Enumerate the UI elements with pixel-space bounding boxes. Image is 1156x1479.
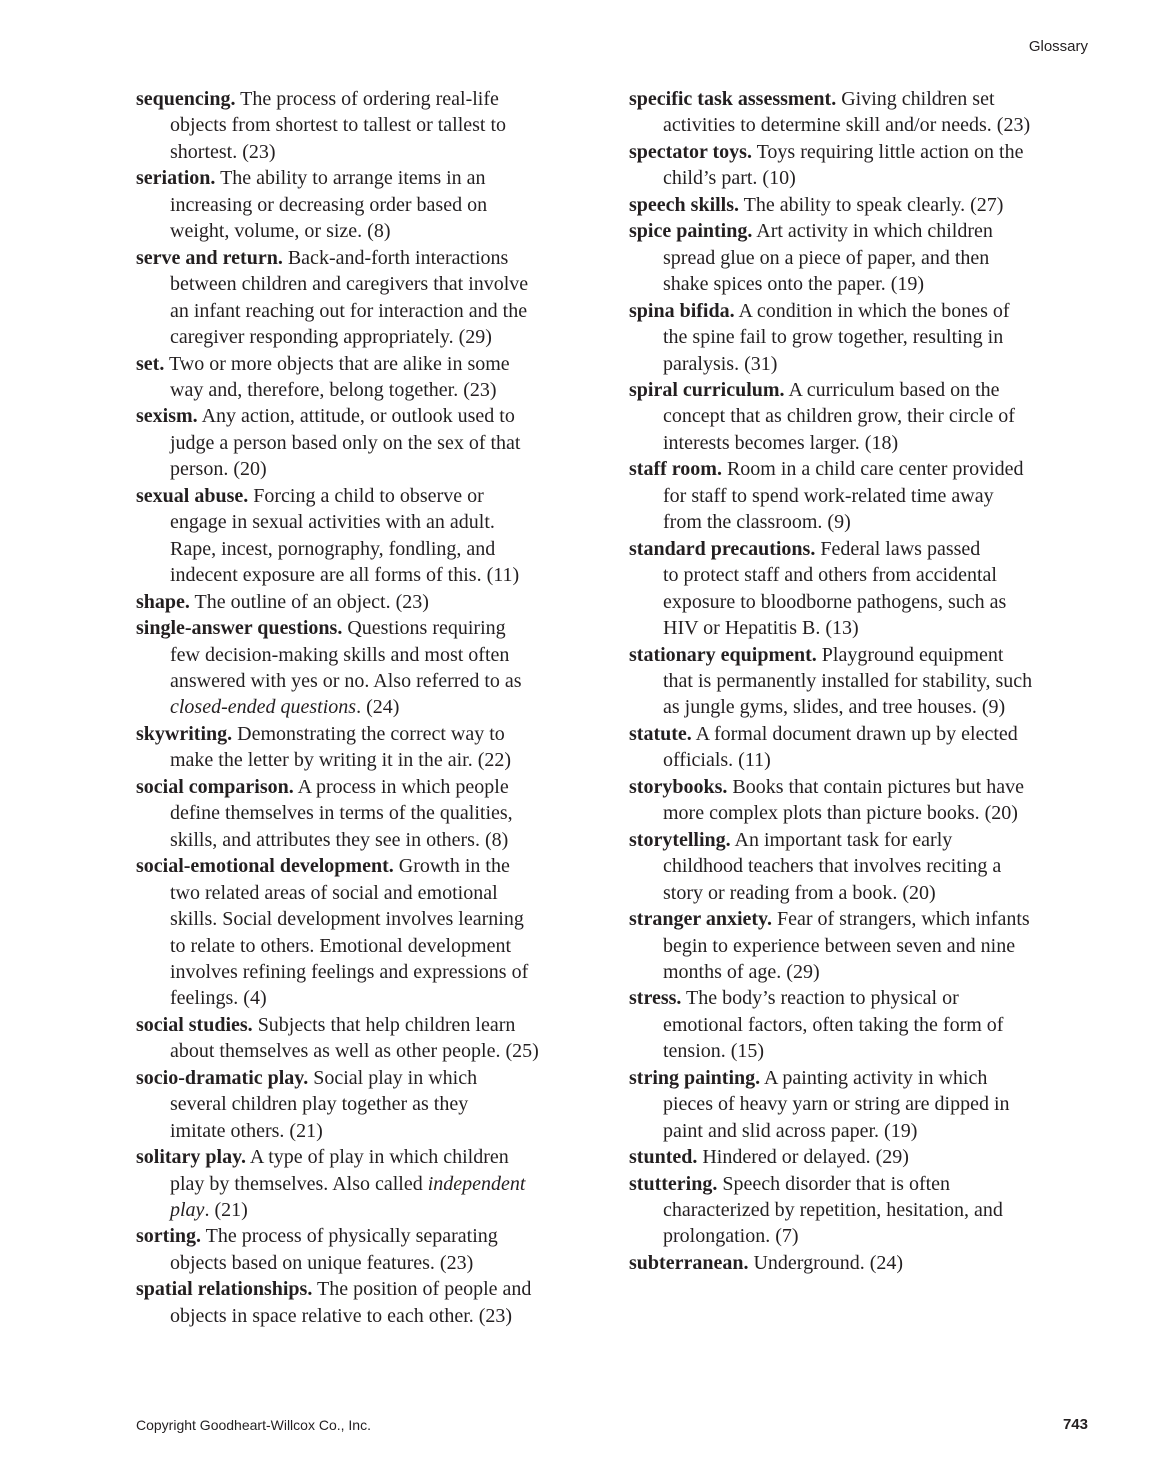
glossary-entry: statute. A formal document drawn up by e… [629,721,1099,774]
entry-line: seriation. The ability to arrange items … [136,165,596,191]
entry-line: few decision-making skills and most ofte… [136,642,596,668]
definition-text: The process of physically separating [201,1225,498,1247]
alternate-term: closed-ended questions [170,696,356,718]
definition-text: Room in a child care center provided [722,458,1024,480]
glossary-term: string painting. [629,1067,760,1089]
glossary-entry: seriation. The ability to arrange items … [136,165,596,244]
entry-line: to relate to others. Emotional developme… [136,933,596,959]
definition-text: . (24) [356,696,399,718]
definition-text: The outline of an object. (23) [190,591,429,613]
entry-line: spice painting. Art activity in which ch… [629,218,1099,244]
glossary-entry: spatial relationships. The position of p… [136,1276,596,1329]
glossary-entry: social comparison. A process in which pe… [136,774,596,853]
entry-line: objects based on unique features. (23) [136,1250,596,1276]
entry-line: paint and slid across paper. (19) [629,1118,1099,1144]
entry-line: sexual abuse. Forcing a child to observe… [136,483,596,509]
entry-line: closed-ended questions. (24) [136,694,596,720]
glossary-term: subterranean. [629,1252,748,1274]
definition-text: Demonstrating the correct way to [232,723,505,745]
definition-text: Social play in which [308,1067,477,1089]
entry-line: statute. A formal document drawn up by e… [629,721,1099,747]
entry-line: officials. (11) [629,747,1099,773]
glossary-entry: specific task assessment. Giving childre… [629,86,1099,139]
definition-text: The position of people and [312,1278,531,1300]
entry-line: define themselves in terms of the qualit… [136,800,596,826]
entry-line: tension. (15) [629,1038,1099,1064]
entry-line: play. (21) [136,1197,596,1223]
glossary-term: single-answer questions. [136,617,342,639]
entry-line: sexism. Any action, attitude, or outlook… [136,403,596,429]
glossary-term: storytelling. [629,829,731,851]
glossary-entry: social-emotional development. Growth in … [136,853,596,1012]
definition-text: A painting activity in which [760,1067,987,1089]
entry-line: Rape, incest, pornography, fondling, and [136,536,596,562]
glossary-entry: subterranean. Underground. (24) [629,1250,1099,1276]
entry-line: storybooks. Books that contain pictures … [629,774,1099,800]
definition-text: The body’s reaction to physical or [681,987,958,1009]
glossary-entry: sexism. Any action, attitude, or outlook… [136,403,596,482]
entry-line: objects from shortest to tallest or tall… [136,112,596,138]
entry-line: shake spices onto the paper. (19) [629,271,1099,297]
glossary-entry: spectator toys. Toys requiring little ac… [629,139,1099,192]
entry-line: prolongation. (7) [629,1223,1099,1249]
entry-line: several children play together as they [136,1091,596,1117]
entry-line: way and, therefore, belong together. (23… [136,377,596,403]
entry-line: serve and return. Back-and-forth interac… [136,245,596,271]
entry-line: feelings. (4) [136,985,596,1011]
entry-line: stress. The body’s reaction to physical … [629,985,1099,1011]
glossary-entry: stranger anxiety. Fear of strangers, whi… [629,906,1099,985]
definition-text: A formal document drawn up by elected [692,723,1018,745]
glossary-entry: stress. The body’s reaction to physical … [629,985,1099,1064]
alternate-term: play [170,1199,204,1221]
glossary-term: statute. [629,723,692,745]
glossary-entry: storytelling. An important task for earl… [629,827,1099,906]
glossary-entry: stationary equipment. Playground equipme… [629,642,1099,721]
glossary-entry: string painting. A painting activity in … [629,1065,1099,1144]
entry-line: about themselves as well as other people… [136,1038,596,1064]
entry-line: HIV or Hepatitis B. (13) [629,615,1099,641]
definition-text: Underground. (24) [748,1252,903,1274]
entry-line: solitary play. A type of play in which c… [136,1144,596,1170]
entry-line: skywriting. Demonstrating the correct wa… [136,721,596,747]
entry-line: skills, and attributes they see in other… [136,827,596,853]
entry-line: engage in sexual activities with an adul… [136,509,596,535]
glossary-entry: shape. The outline of an object. (23) [136,589,596,615]
entry-line: storytelling. An important task for earl… [629,827,1099,853]
glossary-term: spice painting. [629,220,752,242]
entry-line: sequencing. The process of ordering real… [136,86,596,112]
entry-line: that is permanently installed for stabil… [629,668,1099,694]
glossary-term: skywriting. [136,723,232,745]
entry-line: stunted. Hindered or delayed. (29) [629,1144,1099,1170]
definition-text: An important task for early [731,829,953,851]
definition-text: Hindered or delayed. (29) [697,1146,909,1168]
entry-line: spiral curriculum. A curriculum based on… [629,377,1099,403]
entry-line: single-answer questions. Questions requi… [136,615,596,641]
definition-text: A type of play in which children [246,1146,509,1168]
glossary-entry: staff room. Room in a child care center … [629,456,1099,535]
entry-line: the spine fail to grow together, resulti… [629,324,1099,350]
glossary-term: staff room. [629,458,722,480]
entry-line: for staff to spend work-related time awa… [629,483,1099,509]
glossary-entry: skywriting. Demonstrating the correct wa… [136,721,596,774]
definition-text: Growth in the [394,855,510,877]
entry-line: specific task assessment. Giving childre… [629,86,1099,112]
entry-line: pieces of heavy yarn or string are dippe… [629,1091,1099,1117]
glossary-term: seriation. [136,167,215,189]
entry-line: childhood teachers that involves recitin… [629,853,1099,879]
glossary-term: social comparison. [136,776,294,798]
entry-line: paralysis. (31) [629,351,1099,377]
entry-line: exposure to bloodborne pathogens, such a… [629,589,1099,615]
entry-line: interests becomes larger. (18) [629,430,1099,456]
entry-line: shape. The outline of an object. (23) [136,589,596,615]
entry-line: weight, volume, or size. (8) [136,218,596,244]
entry-line: increasing or decreasing order based on [136,192,596,218]
glossary-entry: single-answer questions. Questions requi… [136,615,596,721]
definition-text: Any action, attitude, or outlook used to [198,405,515,427]
glossary-term: spiral curriculum. [629,379,785,401]
entry-line: social studies. Subjects that help child… [136,1012,596,1038]
entry-line: two related areas of social and emotiona… [136,880,596,906]
glossary-term: sexism. [136,405,198,427]
glossary-term: spectator toys. [629,141,752,163]
definition-text: Two or more objects that are alike in so… [164,353,509,375]
glossary-term: solitary play. [136,1146,246,1168]
entry-line: speech skills. The ability to speak clea… [629,192,1099,218]
alternate-term: independent [428,1173,526,1195]
entry-line: child’s part. (10) [629,165,1099,191]
entry-line: social-emotional development. Growth in … [136,853,596,879]
glossary-term: standard precautions. [629,538,815,560]
entry-line: between children and caregivers that inv… [136,271,596,297]
entry-line: sorting. The process of physically separ… [136,1223,596,1249]
entry-line: as jungle gyms, slides, and tree houses.… [629,694,1099,720]
entry-line: stranger anxiety. Fear of strangers, whi… [629,906,1099,932]
entry-line: standard precautions. Federal laws passe… [629,536,1099,562]
copyright-footer: Copyright Goodheart-Willcox Co., Inc. [136,1417,371,1433]
definition-text: Questions requiring [342,617,505,639]
definition-text: Fear of strangers, which infants [772,908,1030,930]
definition-text: Books that contain pictures but have [727,776,1024,798]
entry-line: indecent exposure are all forms of this.… [136,562,596,588]
definition-text: The ability to speak clearly. (27) [739,194,1003,216]
entry-line: person. (20) [136,456,596,482]
glossary-entry: set. Two or more objects that are alike … [136,351,596,404]
entry-line: play by themselves. Also called independ… [136,1171,596,1197]
entry-line: socio-dramatic play. Social play in whic… [136,1065,596,1091]
entry-line: concept that as children grow, their cir… [629,403,1099,429]
glossary-term: social studies. [136,1014,253,1036]
glossary-term: spina bifida. [629,300,735,322]
entry-line: skills. Social development involves lear… [136,906,596,932]
glossary-term: stranger anxiety. [629,908,772,930]
entry-line: imitate others. (21) [136,1118,596,1144]
entry-line: months of age. (29) [629,959,1099,985]
glossary-term: speech skills. [629,194,739,216]
entry-line: spread glue on a piece of paper, and the… [629,245,1099,271]
entry-line: stuttering. Speech disorder that is ofte… [629,1171,1099,1197]
definition-text: Giving children set [836,88,994,110]
glossary-entry: solitary play. A type of play in which c… [136,1144,596,1223]
entry-line: activities to determine skill and/or nee… [629,112,1099,138]
glossary-entry: serve and return. Back-and-forth interac… [136,245,596,351]
glossary-column-left: sequencing. The process of ordering real… [136,86,596,1329]
glossary-term: storybooks. [629,776,727,798]
definition-text: Art activity in which children [752,220,993,242]
glossary-term: sexual abuse. [136,485,248,507]
glossary-term: stunted. [629,1146,697,1168]
glossary-entry: stunted. Hindered or delayed. (29) [629,1144,1099,1170]
glossary-entry: sorting. The process of physically separ… [136,1223,596,1276]
definition-text: A condition in which the bones of [735,300,1010,322]
definition-text: A process in which people [294,776,509,798]
entry-line: from the classroom. (9) [629,509,1099,535]
entry-line: caregiver responding appropriately. (29) [136,324,596,350]
glossary-entry: stuttering. Speech disorder that is ofte… [629,1171,1099,1250]
glossary-term: stress. [629,987,681,1009]
glossary-entry: sequencing. The process of ordering real… [136,86,596,165]
entry-line: objects in space relative to each other.… [136,1303,596,1329]
glossary-term: specific task assessment. [629,88,836,110]
entry-line: more complex plots than picture books. (… [629,800,1099,826]
entry-line: stationary equipment. Playground equipme… [629,642,1099,668]
definition-text: Federal laws passed [815,538,980,560]
definition-text: . (21) [204,1199,247,1221]
glossary-entry: speech skills. The ability to speak clea… [629,192,1099,218]
glossary-term: stationary equipment. [629,644,817,666]
glossary-term: sequencing. [136,88,235,110]
entry-line: make the letter by writing it in the air… [136,747,596,773]
entry-line: spina bifida. A condition in which the b… [629,298,1099,324]
entry-line: spectator toys. Toys requiring little ac… [629,139,1099,165]
entry-line: answered with yes or no. Also referred t… [136,668,596,694]
glossary-column-right: specific task assessment. Giving childre… [629,86,1099,1276]
page-number: 743 [1063,1416,1088,1433]
glossary-term: socio-dramatic play. [136,1067,308,1089]
definition-text: Toys requiring little action on the [752,141,1024,163]
glossary-entry: spiral curriculum. A curriculum based on… [629,377,1099,456]
definition-text: The process of ordering real-life [235,88,498,110]
definition-text: Forcing a child to observe or [248,485,484,507]
glossary-entry: standard precautions. Federal laws passe… [629,536,1099,642]
definition-text: The ability to arrange items in an [215,167,485,189]
glossary-term: sorting. [136,1225,201,1247]
entry-line: shortest. (23) [136,139,596,165]
glossary-term: spatial relationships. [136,1278,312,1300]
glossary-entry: socio-dramatic play. Social play in whic… [136,1065,596,1144]
entry-line: judge a person based only on the sex of … [136,430,596,456]
entry-line: set. Two or more objects that are alike … [136,351,596,377]
entry-line: characterized by repetition, hesitation,… [629,1197,1099,1223]
entry-line: social comparison. A process in which pe… [136,774,596,800]
glossary-term: set. [136,353,164,375]
entry-line: begin to experience between seven and ni… [629,933,1099,959]
definition-text: play by themselves. Also called [170,1173,428,1195]
glossary-entry: sexual abuse. Forcing a child to observe… [136,483,596,589]
glossary-term: social-emotional development. [136,855,394,877]
glossary-term: serve and return. [136,247,283,269]
entry-line: story or reading from a book. (20) [629,880,1099,906]
entry-line: an infant reaching out for interaction a… [136,298,596,324]
definition-text: Speech disorder that is often [717,1173,950,1195]
definition-text: A curriculum based on the [785,379,1000,401]
entry-line: spatial relationships. The position of p… [136,1276,596,1302]
glossary-term: shape. [136,591,190,613]
glossary-entry: social studies. Subjects that help child… [136,1012,596,1065]
entry-line: staff room. Room in a child care center … [629,456,1099,482]
glossary-entry: spice painting. Art activity in which ch… [629,218,1099,297]
entry-line: subterranean. Underground. (24) [629,1250,1099,1276]
glossary-entry: spina bifida. A condition in which the b… [629,298,1099,377]
entry-line: string painting. A painting activity in … [629,1065,1099,1091]
definition-text: Back-and-forth interactions [283,247,508,269]
running-header: Glossary [1029,38,1088,55]
glossary-entry: storybooks. Books that contain pictures … [629,774,1099,827]
entry-line: to protect staff and others from acciden… [629,562,1099,588]
definition-text: Subjects that help children learn [253,1014,516,1036]
entry-line: involves refining feelings and expressio… [136,959,596,985]
definition-text: Playground equipment [817,644,1004,666]
glossary-term: stuttering. [629,1173,717,1195]
entry-line: emotional factors, often taking the form… [629,1012,1099,1038]
